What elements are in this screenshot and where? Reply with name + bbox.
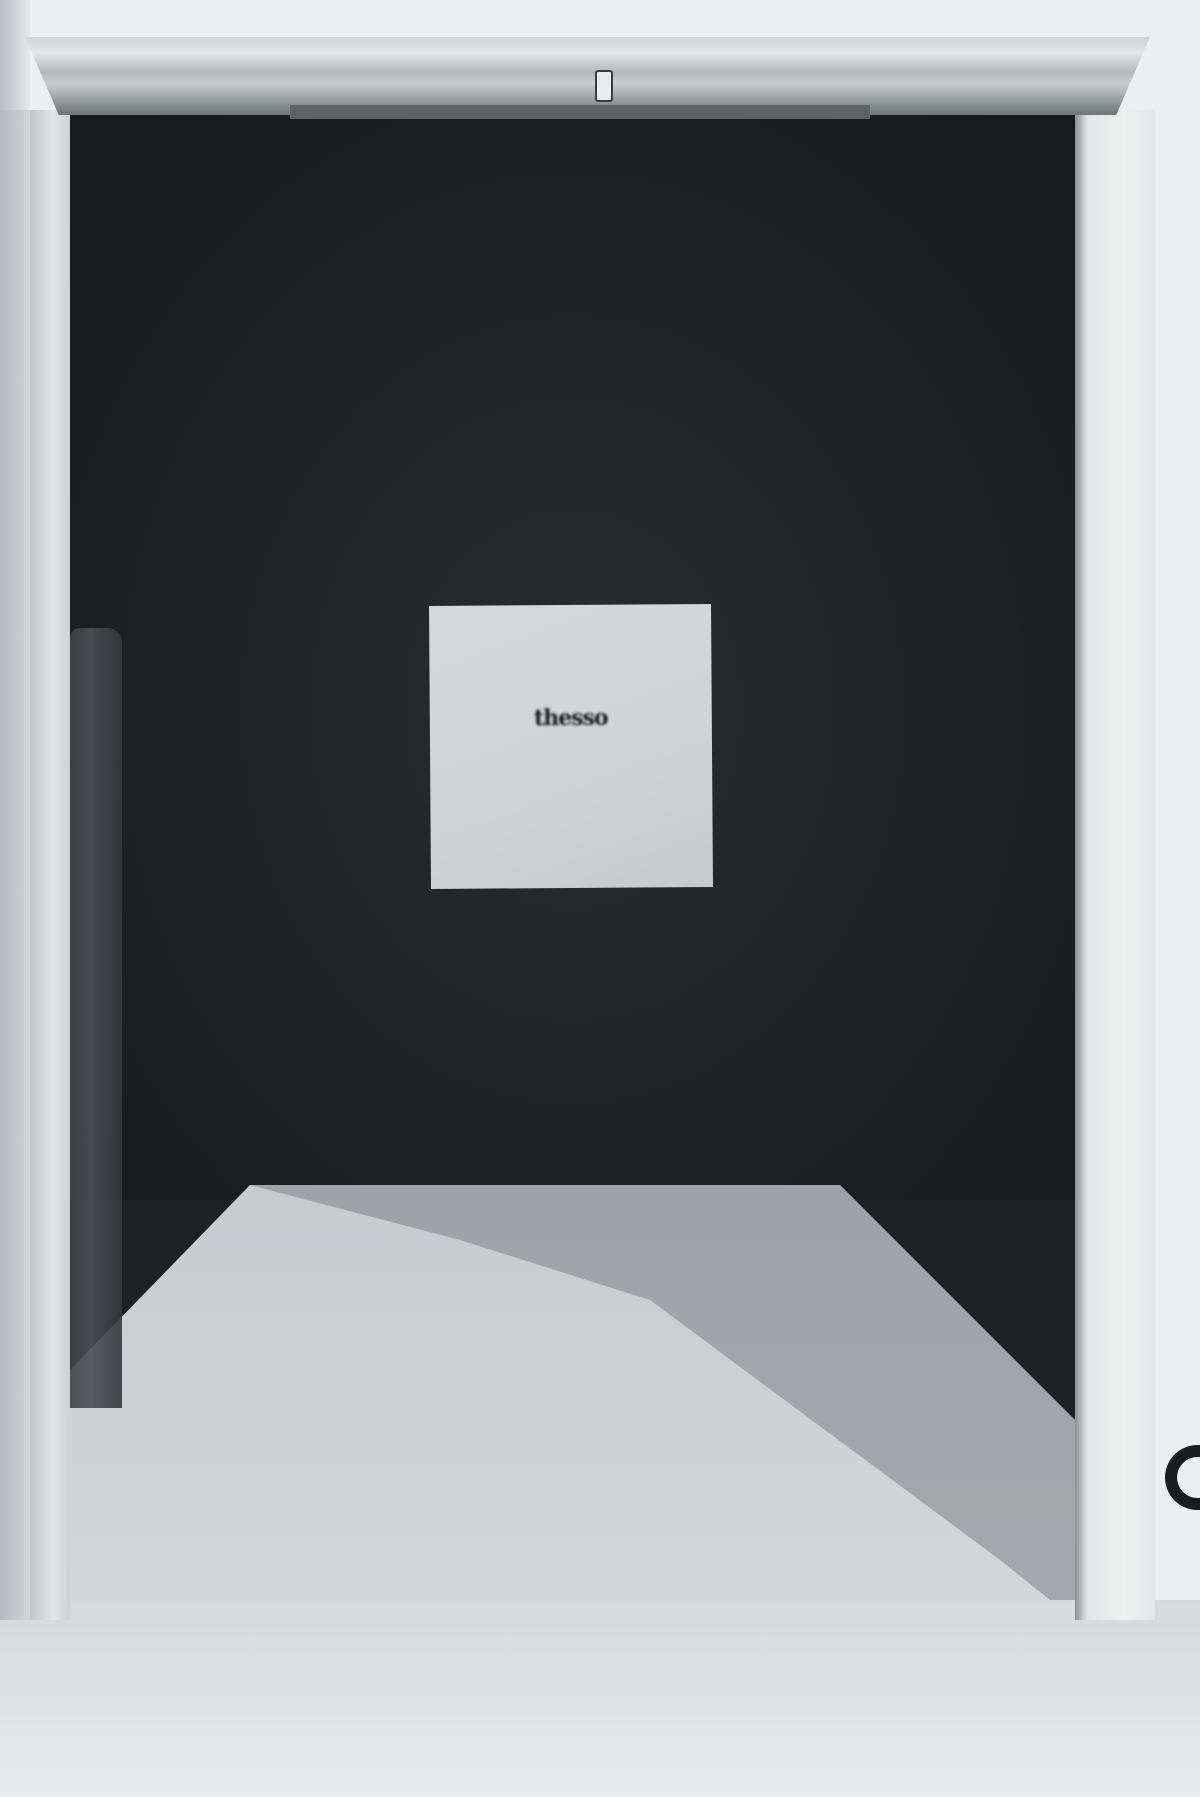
door-lintel bbox=[25, 37, 1150, 115]
left-wall bbox=[0, 110, 32, 1620]
edge-mark bbox=[1165, 1445, 1200, 1510]
radiator bbox=[70, 628, 122, 1408]
right-door-jamb bbox=[1075, 110, 1155, 1620]
photograph: thesso bbox=[0, 0, 1200, 1797]
lintel-strip bbox=[290, 105, 870, 119]
sign-text: thesso bbox=[430, 704, 712, 732]
lintel-fixture bbox=[595, 70, 613, 102]
hanging-sign: thesso bbox=[429, 604, 713, 889]
left-door-jamb bbox=[30, 110, 70, 1620]
threshold-floor bbox=[0, 1600, 1200, 1797]
